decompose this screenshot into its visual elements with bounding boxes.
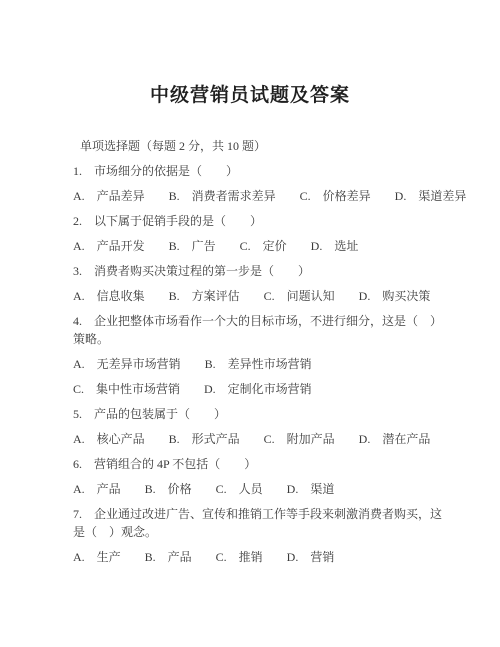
question-options: A. 核心产品 B. 形式产品 C. 附加产品 D. 潜在产品 [73, 430, 460, 448]
question-options-line: A. 产品 B. 价格 C. 人员 D. 渠道 [73, 480, 460, 498]
question-options-line: A. 信息收集 B. 方案评估 C. 问题认知 D. 购买决策 [73, 287, 460, 305]
question-options-line: A. 无差异市场营销 B. 差异性市场营销 [73, 355, 460, 373]
question-options-line: A. 产品开发 B. 广告 C. 定价 D. 选址 [73, 237, 460, 255]
question-stem-line: 策略。 [73, 330, 460, 348]
question-options: A. 产品开发 B. 广告 C. 定价 D. 选址 [73, 237, 460, 255]
question-stem-line: 7. 企业通过改进广告、宣传和推销工作等手段来刺激消费者购买，这 [73, 505, 460, 523]
section-header: 单项选择题（每题 2 分，共 10 题） [73, 137, 460, 155]
question-stem-line: 6. 营销组合的 4P 不包括（ ） [73, 455, 460, 473]
question-stem: 3. 消费者购买决策过程的第一步是（ ） [73, 262, 460, 280]
question-stem: 2. 以下属于促销手段的是（ ） [73, 212, 460, 230]
question-options: C. 集中性市场营销 D. 定制化市场营销 [73, 380, 460, 398]
question-list: 1. 市场细分的依据是（ ）A. 产品差异 B. 消费者需求差异 C. 价格差异… [73, 162, 460, 566]
question-stem: 4. 企业把整体市场看作一个大的目标市场，不进行细分，这是（ ）策略。 [73, 312, 460, 348]
question-options-line: A. 核心产品 B. 形式产品 C. 附加产品 D. 潜在产品 [73, 430, 460, 448]
question-options: A. 产品 B. 价格 C. 人员 D. 渠道 [73, 480, 460, 498]
document-body: 单项选择题（每题 2 分，共 10 题） 1. 市场细分的依据是（ ）A. 产品… [0, 108, 500, 566]
section-header-text: 单项选择题（每题 2 分，共 10 题） [80, 137, 460, 155]
document-page: 中级营销员试题及答案 单项选择题（每题 2 分，共 10 题） 1. 市场细分的… [0, 0, 500, 647]
question-stem-line: 5. 产品的包装属于（ ） [73, 405, 460, 423]
question-stem: 1. 市场细分的依据是（ ） [73, 162, 460, 180]
question-options-line: C. 集中性市场营销 D. 定制化市场营销 [73, 380, 460, 398]
page-title: 中级营销员试题及答案 [0, 0, 500, 108]
question-stem-line: 2. 以下属于促销手段的是（ ） [73, 212, 460, 230]
question-options: A. 信息收集 B. 方案评估 C. 问题认知 D. 购买决策 [73, 287, 460, 305]
question-stem-line: 是（ ）观念。 [73, 523, 460, 541]
question-stem-line: 3. 消费者购买决策过程的第一步是（ ） [73, 262, 460, 280]
question-stem-line: 4. 企业把整体市场看作一个大的目标市场，不进行细分，这是（ ） [73, 312, 460, 330]
question-options-line: A. 生产 B. 产品 C. 推销 D. 营销 [73, 548, 460, 566]
question-options: A. 无差异市场营销 B. 差异性市场营销 [73, 355, 460, 373]
question-stem: 6. 营销组合的 4P 不包括（ ） [73, 455, 460, 473]
question-options: A. 产品差异 B. 消费者需求差异 C. 价格差异 D. 渠道差异 [73, 187, 460, 205]
question-stem: 7. 企业通过改进广告、宣传和推销工作等手段来刺激消费者购买，这是（ ）观念。 [73, 505, 460, 541]
question-stem: 5. 产品的包装属于（ ） [73, 405, 460, 423]
question-stem-line: 1. 市场细分的依据是（ ） [73, 162, 460, 180]
question-options: A. 生产 B. 产品 C. 推销 D. 营销 [73, 548, 460, 566]
question-options-line: A. 产品差异 B. 消费者需求差异 C. 价格差异 D. 渠道差异 [73, 187, 460, 205]
